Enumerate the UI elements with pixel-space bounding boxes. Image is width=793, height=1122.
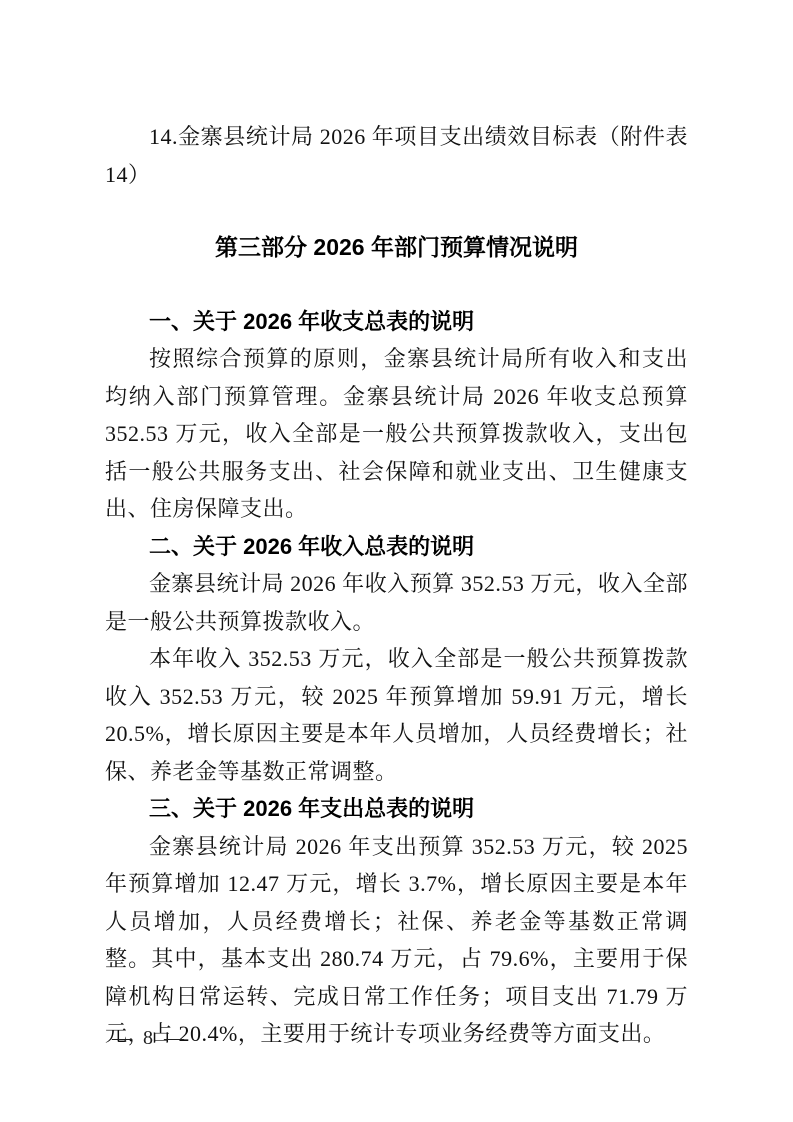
- section-paragraph: 金寨县统计局 2026 年支出预算 352.53 万元，较 2025 年预算增加…: [105, 828, 688, 1053]
- attachment-list-item: 14.金寨县统计局 2026 年项目支出绩效目标表（附件表 14）: [105, 118, 688, 193]
- section-title-income-expenditure: 一、关于 2026 年收支总表的说明: [105, 303, 688, 341]
- section-paragraph: 本年收入 352.53 万元，收入全部是一般公共预算拨款收入 352.53 万元…: [105, 640, 688, 790]
- section-paragraph: 按照综合预算的原则，金寨县统计局所有收入和支出均纳入部门预算管理。金寨县统计局 …: [105, 340, 688, 528]
- section-title-income: 二、关于 2026 年收入总表的说明: [105, 528, 688, 566]
- section-title-expenditure: 三、关于 2026 年支出总表的说明: [105, 790, 688, 828]
- part-heading: 第三部分 2026 年部门预算情况说明: [105, 229, 688, 267]
- page-number: — 8 —: [112, 1024, 187, 1052]
- section-paragraph: 金寨县统计局 2026 年收入预算 352.53 万元，收入全部是一般公共预算拨…: [105, 565, 688, 640]
- document-page: 14.金寨县统计局 2026 年项目支出绩效目标表（附件表 14） 第三部分 2…: [0, 0, 793, 1122]
